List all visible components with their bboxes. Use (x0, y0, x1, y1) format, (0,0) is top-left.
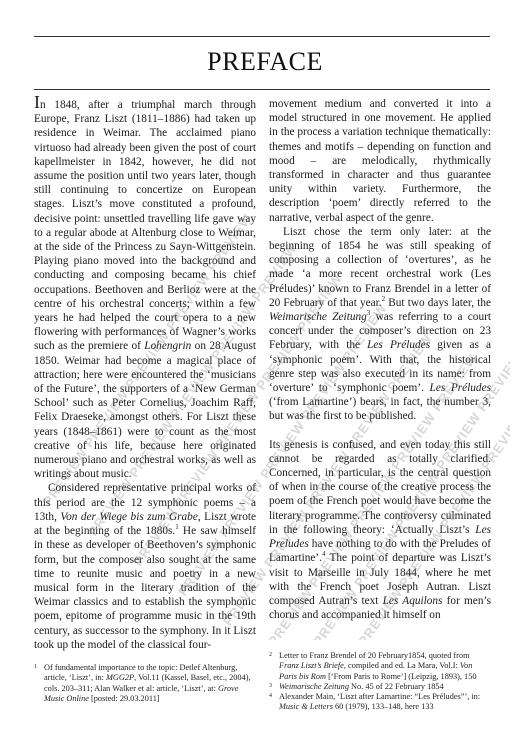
header-rule-top (34, 36, 490, 37)
page-title: PREFACE (0, 47, 530, 77)
footnote-2: 2 Letter to Franz Brendel of 20 February… (269, 651, 491, 682)
header-rule-bottom (34, 89, 490, 90)
left-column: In 1848, after a triumphal march through… (34, 97, 256, 652)
footnote-1: 1 Of fundamental importance to the topic… (34, 663, 256, 704)
footnote-3: 3 Weimarische Zeitung No. 45 of 22 Febru… (269, 682, 491, 692)
footnotes-right: 2 Letter to Franz Brendel of 20 February… (269, 651, 491, 713)
paragraph-5: Its genesis is confused, and even today … (269, 438, 491, 623)
paragraph-2: Considered representative principal work… (34, 481, 256, 651)
right-column: movement medium and converted it into a … (269, 97, 491, 622)
footnotes-left: 1 Of fundamental importance to the topic… (34, 663, 256, 704)
paragraph-3: movement medium and converted it into a … (269, 97, 491, 225)
paragraph-4: Liszt chose the term only later: at the … (269, 225, 491, 424)
footnote-4: 4 Alexander Main, ‘Liszt after Lamartine… (269, 692, 491, 713)
paragraph-1: In 1848, after a triumphal march through… (34, 97, 256, 481)
